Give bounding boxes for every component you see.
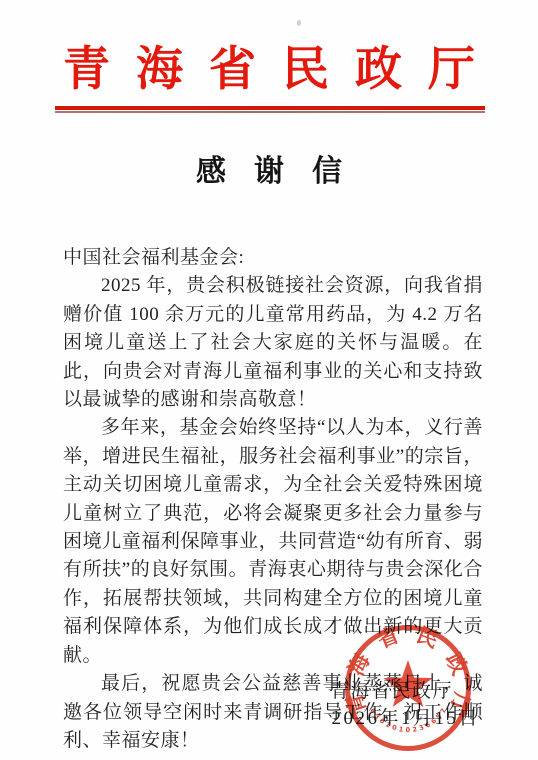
letterhead-org-name: 青海省民政厅	[0, 40, 538, 100]
scan-speck	[296, 20, 302, 27]
letter-date: 2026年1月15日	[331, 703, 480, 730]
letter-title: 感谢信	[0, 153, 538, 191]
paragraph-1: 2025 年，贵会积极链接社会资源，向我省捐赠价值 100 余万元的儿童常用药品…	[63, 272, 483, 414]
divider-thick-line	[55, 106, 485, 110]
divider-thin-line	[55, 111, 485, 113]
signature-org-name: 青海省民政厅	[330, 676, 453, 703]
letterhead-divider	[55, 106, 485, 113]
paragraph-2: 多年来，基金会始终坚持“以人为本，义行善举，增进民生福祉，服务社会福利事业”的宗…	[63, 414, 483, 670]
thank-you-letter-page: 青海省民政厅 感谢信 中国社会福利基金会: 2025 年，贵会积极链接社会资源，…	[0, 0, 538, 760]
salutation: 中国社会福利基金会:	[63, 244, 483, 272]
